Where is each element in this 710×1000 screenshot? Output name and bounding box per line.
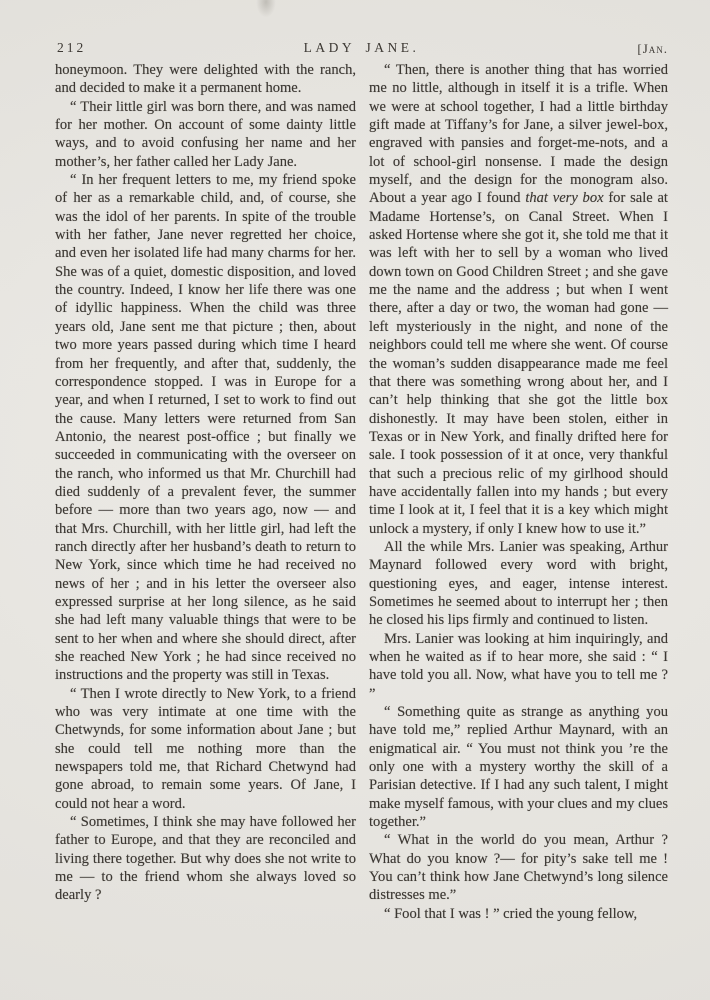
book-page: 212 LADY JANE. [Jan. honeymoon. They wer…: [0, 0, 710, 1000]
body-text: “ In her frequent letters to me, my frie…: [55, 172, 356, 683]
paragraph: “ What in the world do you mean, Arthur …: [369, 831, 668, 904]
italic-text: that very box: [525, 190, 603, 206]
body-text: “ Their little girl was born there, and …: [55, 99, 356, 170]
body-text: for sale at Madame Hortense’s, on Canal …: [369, 190, 668, 536]
paragraph: honeymoon. They were delighted with the …: [55, 61, 356, 98]
body-text: Mrs. Lanier was looking at him inquiring…: [369, 631, 668, 702]
left-column: honeymoon. They were delighted with the …: [55, 61, 356, 923]
running-title: LADY JANE.: [55, 40, 668, 56]
body-text: “ Then I wrote directly to New York, to …: [55, 686, 356, 812]
body-text: “ Sometimes, I think she may have follow…: [55, 814, 356, 903]
right-column: “ Then, there is another thing that has …: [369, 61, 668, 923]
paragraph: “ Something quite as strange as anything…: [369, 703, 668, 831]
issue-label: [Jan.: [637, 41, 668, 57]
paragraph: Mrs. Lanier was looking at him inquiring…: [369, 630, 668, 703]
body-text: “ Fool that I was ! ” cried the young fe…: [384, 906, 637, 922]
body-text: “ Then, there is another thing that has …: [369, 62, 668, 206]
paragraph: “ In her frequent letters to me, my frie…: [55, 171, 356, 685]
body-text: honeymoon. They were delighted with the …: [55, 62, 356, 96]
body-text: “ What in the world do you mean, Arthur …: [369, 832, 668, 903]
paragraph: “ Their little girl was born there, and …: [55, 98, 356, 171]
paragraph: “ Sometimes, I think she may have follow…: [55, 813, 356, 905]
body-text: All the while Mrs. Lanier was speaking, …: [369, 539, 668, 628]
paragraph: “ Then I wrote directly to New York, to …: [55, 685, 356, 813]
text-columns: honeymoon. They were delighted with the …: [55, 61, 668, 923]
paragraph: “ Fool that I was ! ” cried the young fe…: [369, 905, 668, 923]
body-text: “ Something quite as strange as anything…: [369, 704, 668, 830]
page-header: 212 LADY JANE. [Jan.: [55, 40, 668, 58]
paragraph: All the while Mrs. Lanier was speaking, …: [369, 538, 668, 630]
paragraph: “ Then, there is another thing that has …: [369, 61, 668, 538]
